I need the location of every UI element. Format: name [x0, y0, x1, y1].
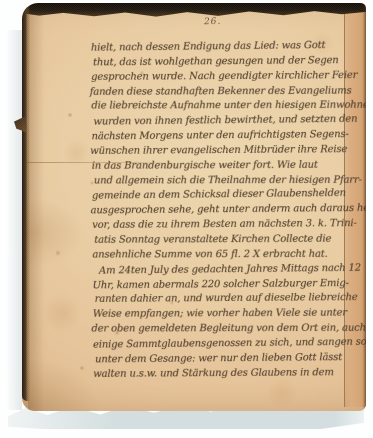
page-right-outline	[363, 3, 366, 411]
scan-shadow-left	[6, 30, 22, 410]
handwriting-line: gesprochen wurde. Nach geendigter kirchl…	[91, 69, 363, 86]
manuscript-page: 26. hielt, nach dessen Endigung das Lied…	[22, 3, 366, 411]
handwriting-line: in das Brandenburgische weiter fort. Wie…	[92, 158, 364, 174]
book-left-edge	[22, 5, 30, 401]
scanned-manuscript-page: 26. hielt, nach dessen Endigung das Lied…	[0, 0, 373, 438]
handwriting-block: hielt, nach dessen Endigung das Lied: wa…	[91, 39, 365, 382]
page-number: 26.	[204, 17, 222, 28]
handwriting-line: Weise empfangen; wie vorher haben Viele …	[93, 307, 365, 323]
handwriting-line: vor, dass die zu ihrem Besten am nächste…	[92, 217, 364, 234]
handwriting-line: walten u.s.w. und Stärkung des Glaubens …	[93, 366, 365, 383]
handwriting-line: der oben gemeldeten Begleitung von dem O…	[91, 322, 363, 338]
handwriting-line: wünschen ihrer evangelischen Mitbrüder i…	[90, 143, 362, 160]
handwriting-line: tatis Sonntag veranstaltete Kirchen Coll…	[94, 232, 366, 248]
handwriting-line: ansehnliche Summe von 65 fl. 2 X erbrach…	[92, 247, 364, 263]
handwriting-line: fanden diese standhaften Bekenner des Ev…	[90, 84, 362, 100]
